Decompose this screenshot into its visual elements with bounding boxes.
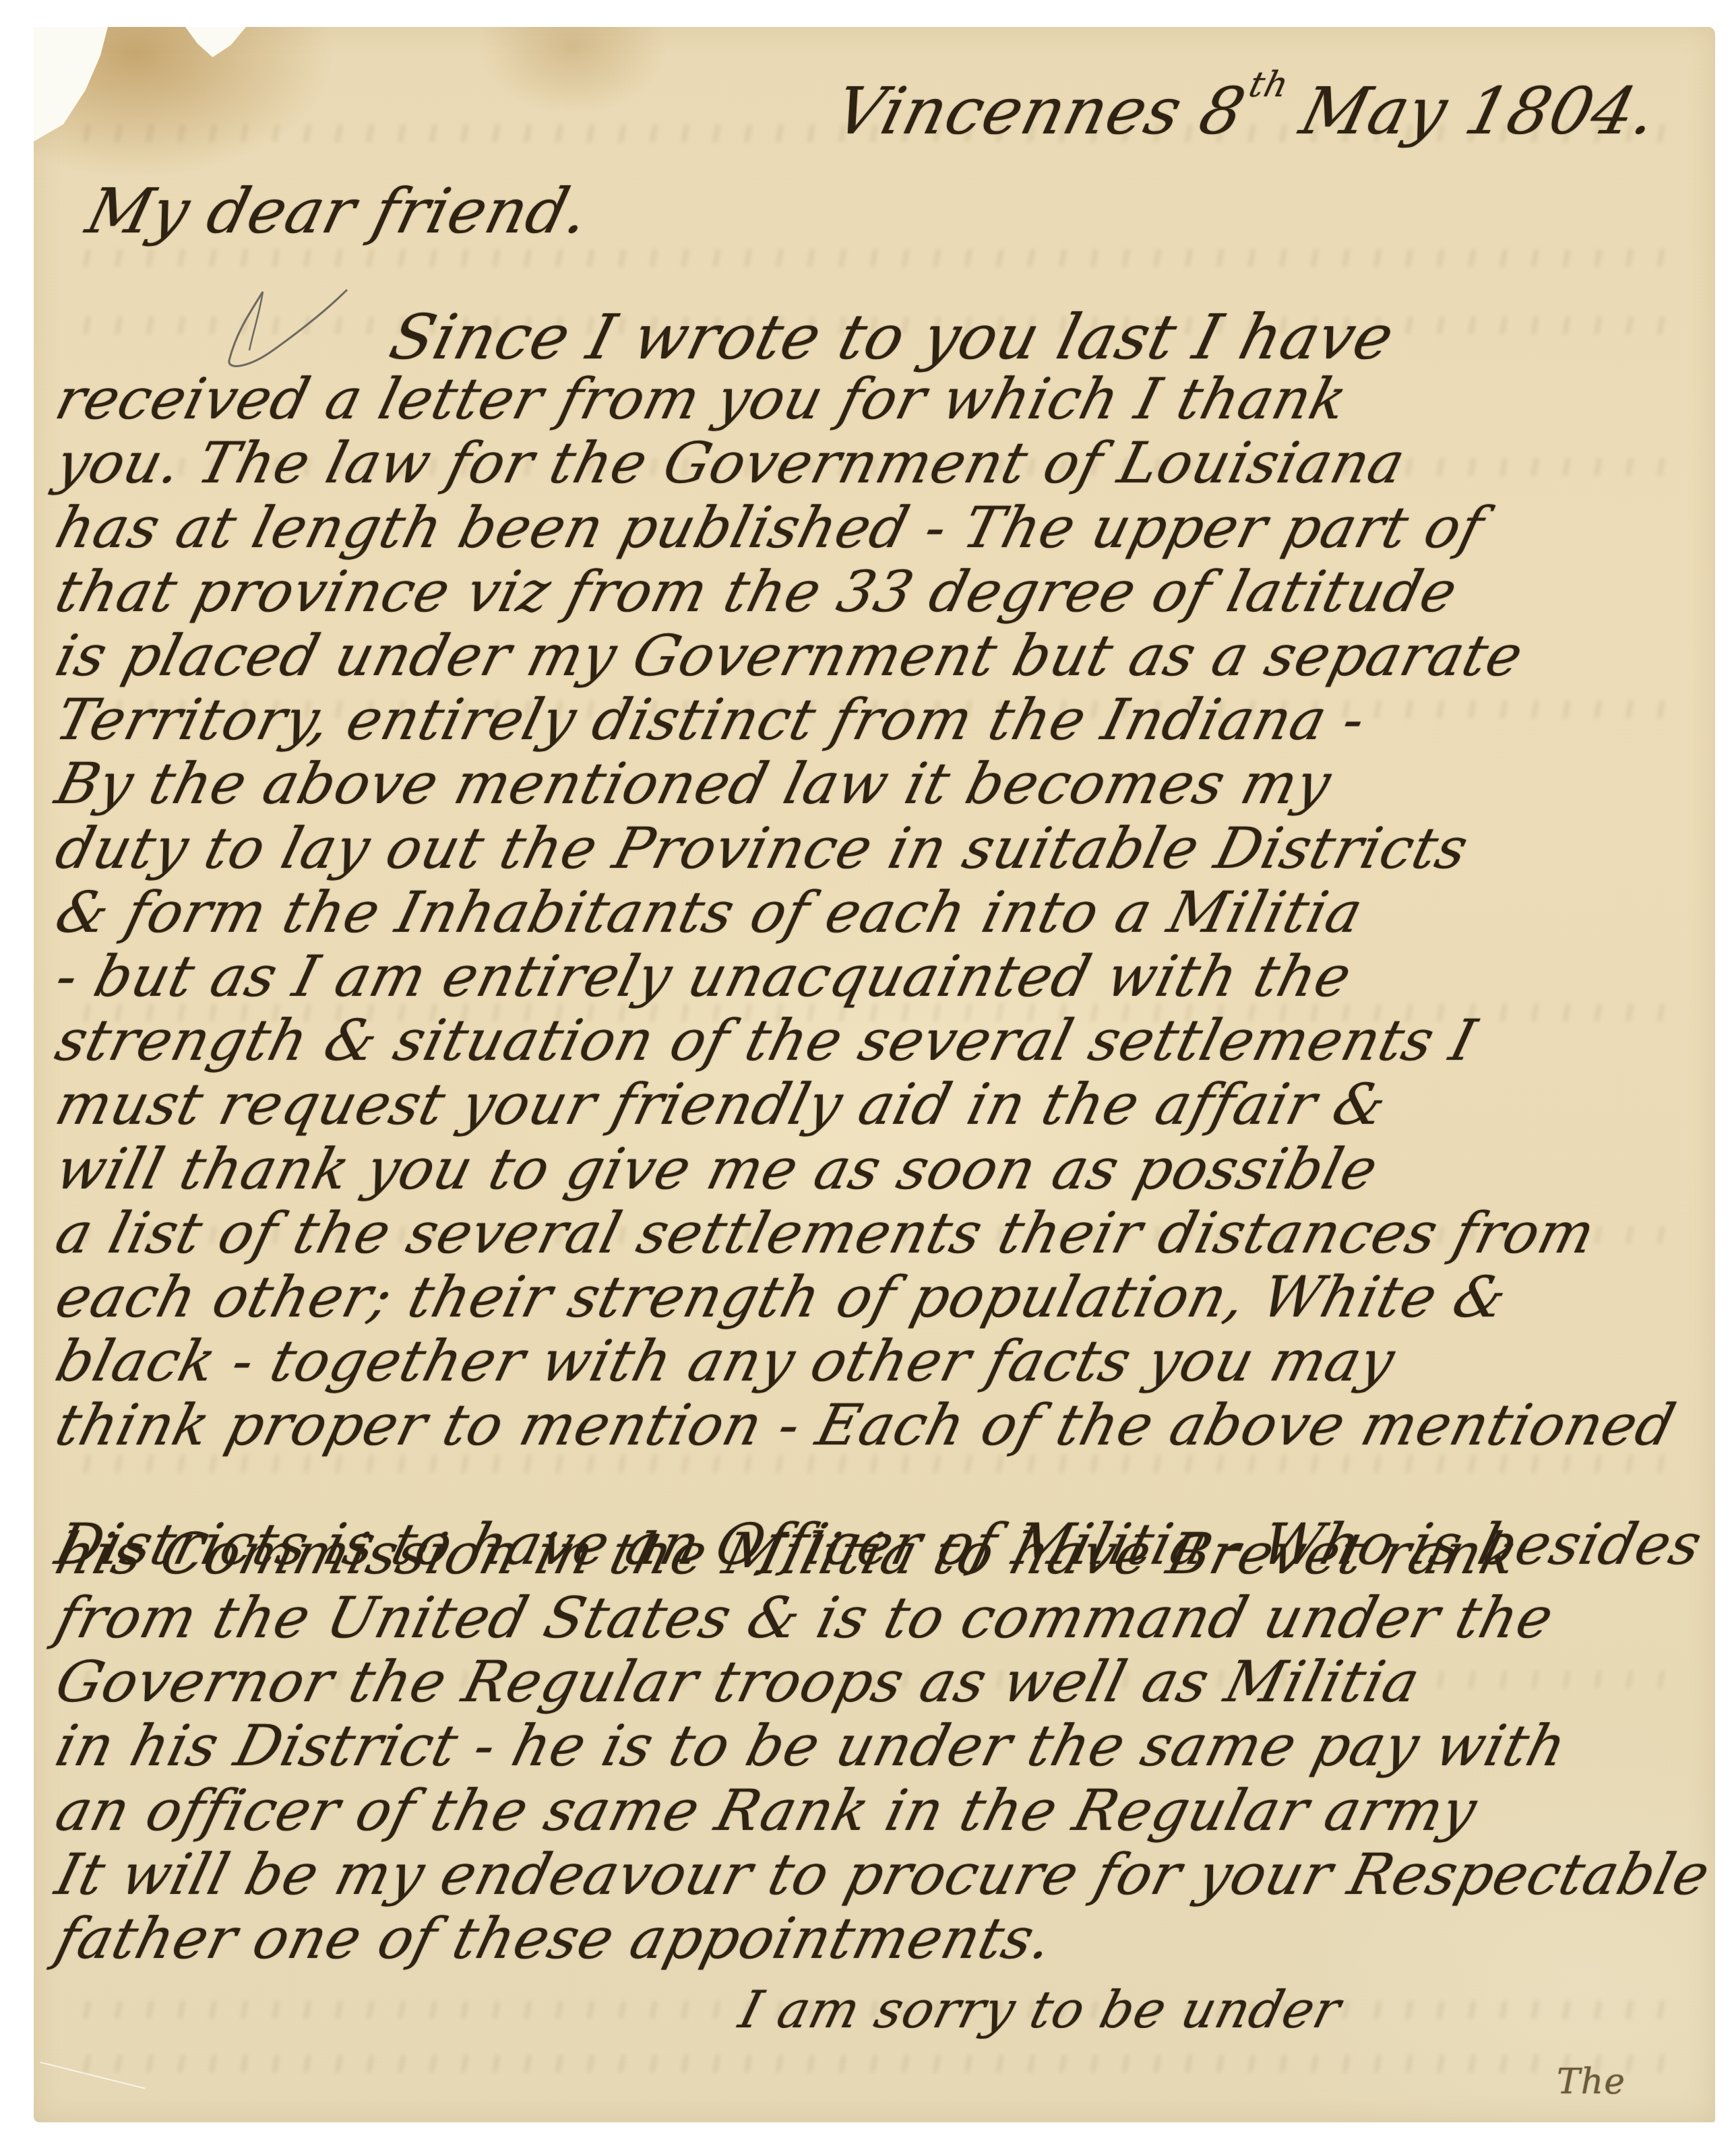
dateline-month-year: May 1804. xyxy=(1293,73,1665,149)
body-line: is placed under my Government but as a s… xyxy=(51,627,1528,684)
body-line: think proper to mention - Each of the ab… xyxy=(51,1397,1681,1453)
body-line: will thank you to give me as soon as pos… xyxy=(51,1141,1384,1197)
dateline-place: Vincennes xyxy=(828,73,1189,149)
catchword: The xyxy=(1557,2062,1626,2102)
body-line: duty to lay out the Province in suitable… xyxy=(51,820,1474,877)
bleed-through-ink xyxy=(74,2055,1688,2072)
body-line: Since I wrote to you last I have xyxy=(384,307,1400,369)
body-line: an officer of the same Rank in the Regul… xyxy=(51,1782,1483,1839)
bleed-through-ink xyxy=(74,249,1688,267)
body-line: received a letter from you for which I t… xyxy=(51,371,1353,427)
dateline-day: 8 xyxy=(1192,73,1253,149)
body-line: from the United States & is to command u… xyxy=(51,1589,1559,1646)
body-line: must request your friendly aid in the af… xyxy=(51,1076,1392,1133)
body-line: It will be my endeavour to procure for y… xyxy=(51,1846,1716,1903)
body-line: & form the Inhabitants of each into a Mi… xyxy=(51,884,1369,941)
body-line: has at length been published - The upper… xyxy=(51,499,1489,556)
dateline: Vincennes 8th May 1804. xyxy=(829,67,1667,144)
body-line: Territory, entirely distinct from the In… xyxy=(51,691,1371,748)
body-line: black - together with any other facts yo… xyxy=(51,1333,1400,1389)
closing-line: I am sorry to be under xyxy=(735,1984,1346,2035)
body-line: By the above mentioned law it becomes my xyxy=(51,755,1337,812)
checkmark-icon xyxy=(222,286,350,374)
dateline-day-suffix: th xyxy=(1245,65,1293,105)
body-line: father one of these appointments. xyxy=(51,1910,1059,1967)
body-line: that province viz from the 33 degree of … xyxy=(51,563,1463,620)
body-line: strength & situation of the several sett… xyxy=(51,1012,1482,1069)
body-line: - but as I am entirely unacquainted with… xyxy=(51,948,1357,1005)
body-line: Governor the Regular troops as well as M… xyxy=(51,1653,1425,1710)
body-line: you. The law for the Government of Louis… xyxy=(51,435,1411,491)
salutation: My dear friend. xyxy=(81,181,596,243)
body-line: each other; their strength of population… xyxy=(51,1269,1513,1325)
torn-edge xyxy=(185,27,246,57)
body-line: his Commission in the Militia to have Br… xyxy=(51,1525,1524,1582)
body-line: a list of the several settlements their … xyxy=(51,1205,1601,1261)
body-line: in his District - he is to be under the … xyxy=(51,1717,1572,1774)
